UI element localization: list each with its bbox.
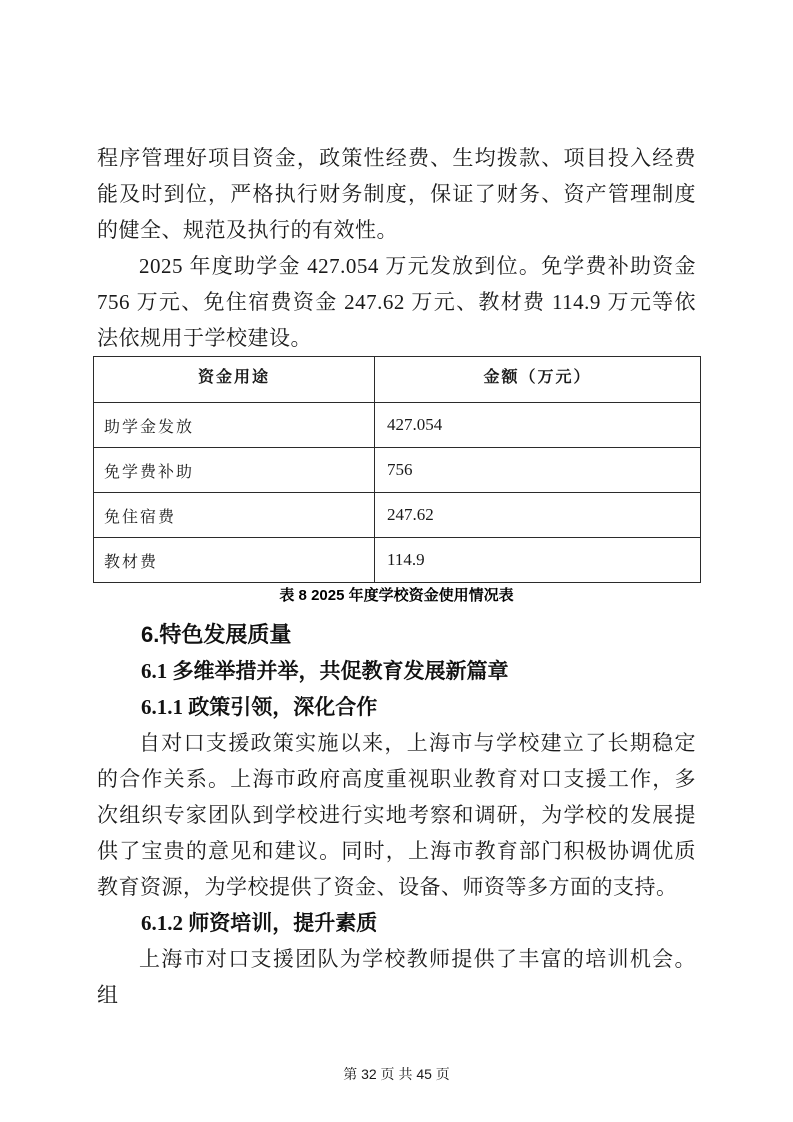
paragraph-grant-funds: 2025 年度助学金 427.054 万元发放到位。免学费补助资金 756 万元… [97,248,696,356]
table-caption: 表 8 2025 年度学校资金使用情况表 [97,583,696,609]
amount-cell: 247.62 [375,493,701,538]
fund-use-cell: 教材费 [94,538,375,583]
table-row: 免学费补助 756 [94,448,701,493]
page-number-indicator: 第 32 页 共 45 页 [97,1061,696,1087]
table-row: 助学金发放 427.054 [94,403,701,448]
fund-use-cell: 免学费补助 [94,448,375,493]
paragraph-teacher-training: 上海市对口支援团队为学校教师提供了丰富的培训机会。组 [97,941,696,1013]
fund-use-cell: 免住宿费 [94,493,375,538]
table-row: 免住宿费 247.62 [94,493,701,538]
column-header-amount: 金额（万元） [375,357,701,403]
heading-6-1: 6.1 多维举措并举，共促教育发展新篇章 [97,653,696,689]
heading-6-1-1: 6.1.1 政策引领，深化合作 [97,689,696,725]
table-header-row: 资金用途 金额（万元） [94,357,701,403]
column-header-fund-use: 资金用途 [94,357,375,403]
funds-usage-table: 资金用途 金额（万元） 助学金发放 427.054 免学费补助 756 免住宿费… [93,356,701,583]
fund-use-cell: 助学金发放 [94,403,375,448]
paragraph-shanghai-support: 自对口支援政策实施以来，上海市与学校建立了长期稳定的合作关系。上海市政府高度重视… [97,725,696,905]
amount-cell: 427.054 [375,403,701,448]
amount-cell: 756 [375,448,701,493]
paragraph-finance-management: 程序管理好项目资金，政策性经费、生均拨款、项目投入经费能及时到位，严格执行财务制… [97,140,696,248]
heading-section-6: 6.特色发展质量 [97,617,696,653]
amount-cell: 114.9 [375,538,701,583]
table-row: 教材费 114.9 [94,538,701,583]
heading-6-1-2: 6.1.2 师资培训，提升素质 [97,905,696,941]
document-page: 程序管理好项目资金，政策性经费、生均拨款、项目投入经费能及时到位，严格执行财务制… [0,0,793,1122]
